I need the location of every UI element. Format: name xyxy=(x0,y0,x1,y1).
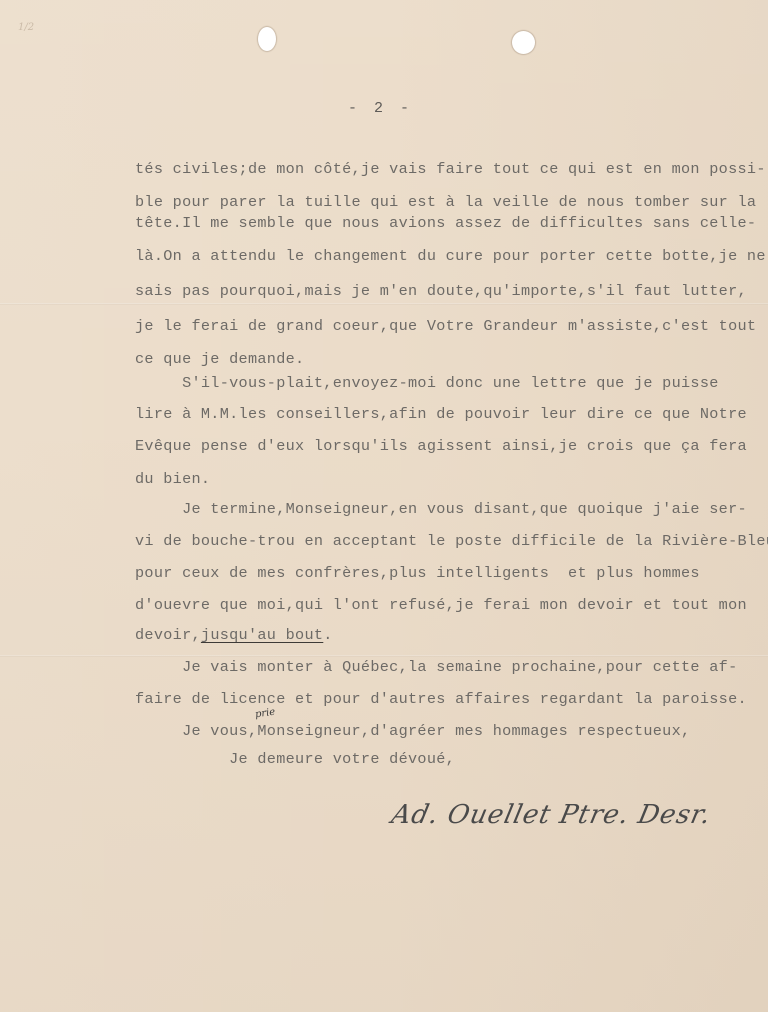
text-line: je le ferai de grand coeur,que Votre Gra… xyxy=(135,317,756,335)
text-line: lire à M.M.les conseillers,afin de pouvo… xyxy=(135,405,747,423)
text-line: faire de licence et pour d'autres affair… xyxy=(135,690,747,708)
corner-pencil-mark: 1/2 xyxy=(18,22,34,33)
text-line: du bien. xyxy=(135,470,210,488)
underlined-phrase: jusqu'au bout xyxy=(201,626,323,644)
text-line: sais pas pourquoi,mais je m'en doute,qu'… xyxy=(135,282,747,300)
text-line: ce que je demande. xyxy=(135,350,304,368)
text-line: ble pour parer la tuille qui est à la ve… xyxy=(135,193,756,211)
text-line: Je termine,Monseigneur,en vous disant,qu… xyxy=(135,500,747,518)
paper-fold-line xyxy=(0,303,768,305)
text-line: S'il-vous-plait,envoyez-moi donc une let… xyxy=(135,374,719,392)
page-number: - 2 - xyxy=(348,100,413,117)
text-line: Je vais monter à Québec,la semaine proch… xyxy=(135,658,738,676)
text-line: vi de bouche-trou en acceptant le poste … xyxy=(135,532,768,550)
text-line: Je demeure votre dévoué, xyxy=(135,750,455,768)
text-line: là.On a attendu le changement du cure po… xyxy=(135,247,766,265)
text-fragment: devoir, xyxy=(135,626,201,644)
text-fragment: . xyxy=(323,626,332,644)
punch-hole xyxy=(258,27,276,51)
handwritten-insertion: prie xyxy=(254,707,276,721)
text-line: Je vous,Monseigneur,d'agréer mes hommage… xyxy=(135,722,690,740)
paper-fold-line xyxy=(0,655,768,657)
punch-hole xyxy=(512,31,535,54)
text-line: pour ceux de mes confrères,plus intellig… xyxy=(135,564,700,582)
text-line: Evêque pense d'eux lorsqu'ils agissent a… xyxy=(135,437,747,455)
text-line-with-underline: devoir,jusqu'au bout. xyxy=(135,626,333,644)
text-line: d'ouevre que moi,qui l'ont refusé,je fer… xyxy=(135,596,747,614)
handwritten-signature: Ad. Ouellet Ptre. Desr. xyxy=(389,800,714,830)
text-line: tés civiles;de mon côté,je vais faire to… xyxy=(135,160,766,178)
text-line: tête.Il me semble que nous avions assez … xyxy=(135,214,756,232)
